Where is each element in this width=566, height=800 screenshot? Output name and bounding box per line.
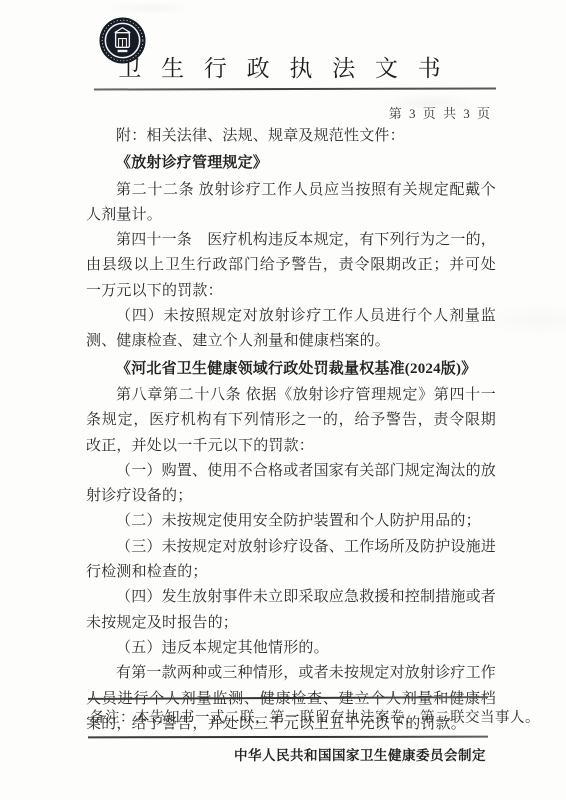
footer-issuer: 中华人民共和国国家卫生健康委员会制定 <box>90 744 486 764</box>
regulation-1-title: 《放射诊疗管理规定》 <box>86 151 496 176</box>
chapter-8-article-28: 第八章第二十八条 依据《放射诊疗管理规定》第四十一条规定，医疗机构有下列情形之一… <box>86 383 496 459</box>
regulation-2-title: 《河北省卫生健康领域行政处罚裁量权基准(2024版)》 <box>86 357 496 382</box>
item-3: （三）未按规定对放射诊疗设备、工作场所及防护设施进行检测和检查的； <box>86 535 496 586</box>
article-41-item-4: （四）未按照规定对放射诊疗工作人员进行个人剂量监测、健康检查、建立个人剂量和健康… <box>86 304 496 355</box>
footer-note: 备注：本告知书一式二联，第一联留存执法案卷，第二联交当事人。 <box>90 706 488 727</box>
article-41: 第四十一条 医疗机构违反本规定，有下列行为之一的，由县级以上卫生行政部门给予警告… <box>86 228 496 304</box>
document-body: 附：相关法律、法规、规章及规范性文件： 《放射诊疗管理规定》 第二十二条 放射诊… <box>86 124 496 737</box>
item-4: （四）发生放射事件未立即采取应急救援和控制措施或者未按规定及时报告的； <box>86 585 496 636</box>
footer-divider-bottom <box>88 736 488 739</box>
item-2: （二）未按规定使用安全防护装置和个人防护用品的； <box>86 509 496 534</box>
attachment-heading: 附：相关法律、法规、规章及规范性文件： <box>86 124 496 149</box>
article-22: 第二十二条 放射诊疗工作人员应当按照有关规定配戴个人剂量计。 <box>86 178 496 229</box>
document-title: 卫 生 行 政 执 法 文 书 <box>0 50 566 83</box>
page-indicator: 第 3 页 共 3 页 <box>389 103 492 122</box>
item-1: （一）购置、使用不合格或者国家有关部门规定淘汰的放射诊疗设备的； <box>86 459 496 510</box>
header-divider <box>94 87 496 90</box>
document-page: 卫 生 行 政 执 法 文 书 第 3 页 共 3 页 附：相关法律、法规、规章… <box>0 0 566 800</box>
item-5: （五）违反本规定其他情形的。 <box>86 636 496 661</box>
